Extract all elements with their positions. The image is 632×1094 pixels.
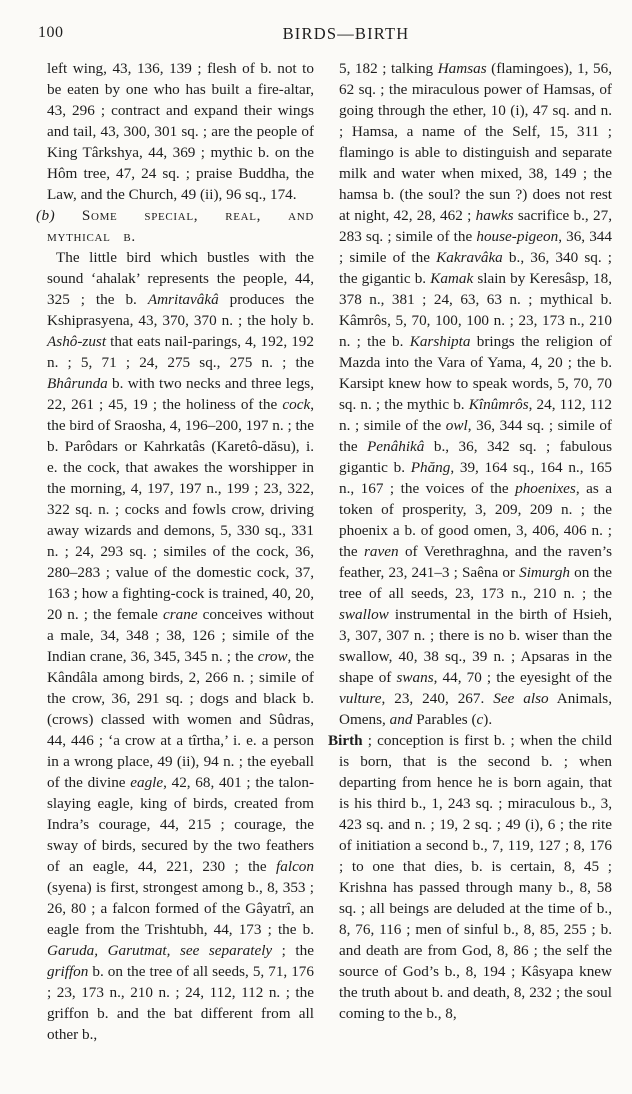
section-subheading: (b) Some special, real, and mythical b. bbox=[36, 205, 314, 247]
text-columns: left wing, 43, 136, 139 ; flesh of b. no… bbox=[36, 58, 612, 1084]
page-header: 100 BIRDS—BIRTH bbox=[0, 24, 632, 46]
index-entry-continuation: 5, 182 ; talking Hamsas (flamingoes), 1,… bbox=[328, 58, 612, 730]
index-entry-birth: Birth ; conception is first b. ; when th… bbox=[328, 730, 612, 1024]
index-entry-continuation: left wing, 43, 136, 139 ; flesh of b. no… bbox=[36, 58, 314, 205]
index-entry-body: The little bird which bustles with the s… bbox=[36, 247, 314, 1045]
running-title: BIRDS—BIRTH bbox=[60, 24, 632, 44]
left-column: left wing, 43, 136, 139 ; flesh of b. no… bbox=[36, 58, 314, 1084]
right-column: 5, 182 ; talking Hamsas (flamingoes), 1,… bbox=[328, 58, 612, 1084]
book-page: 100 BIRDS—BIRTH left wing, 43, 136, 139 … bbox=[0, 0, 632, 1094]
